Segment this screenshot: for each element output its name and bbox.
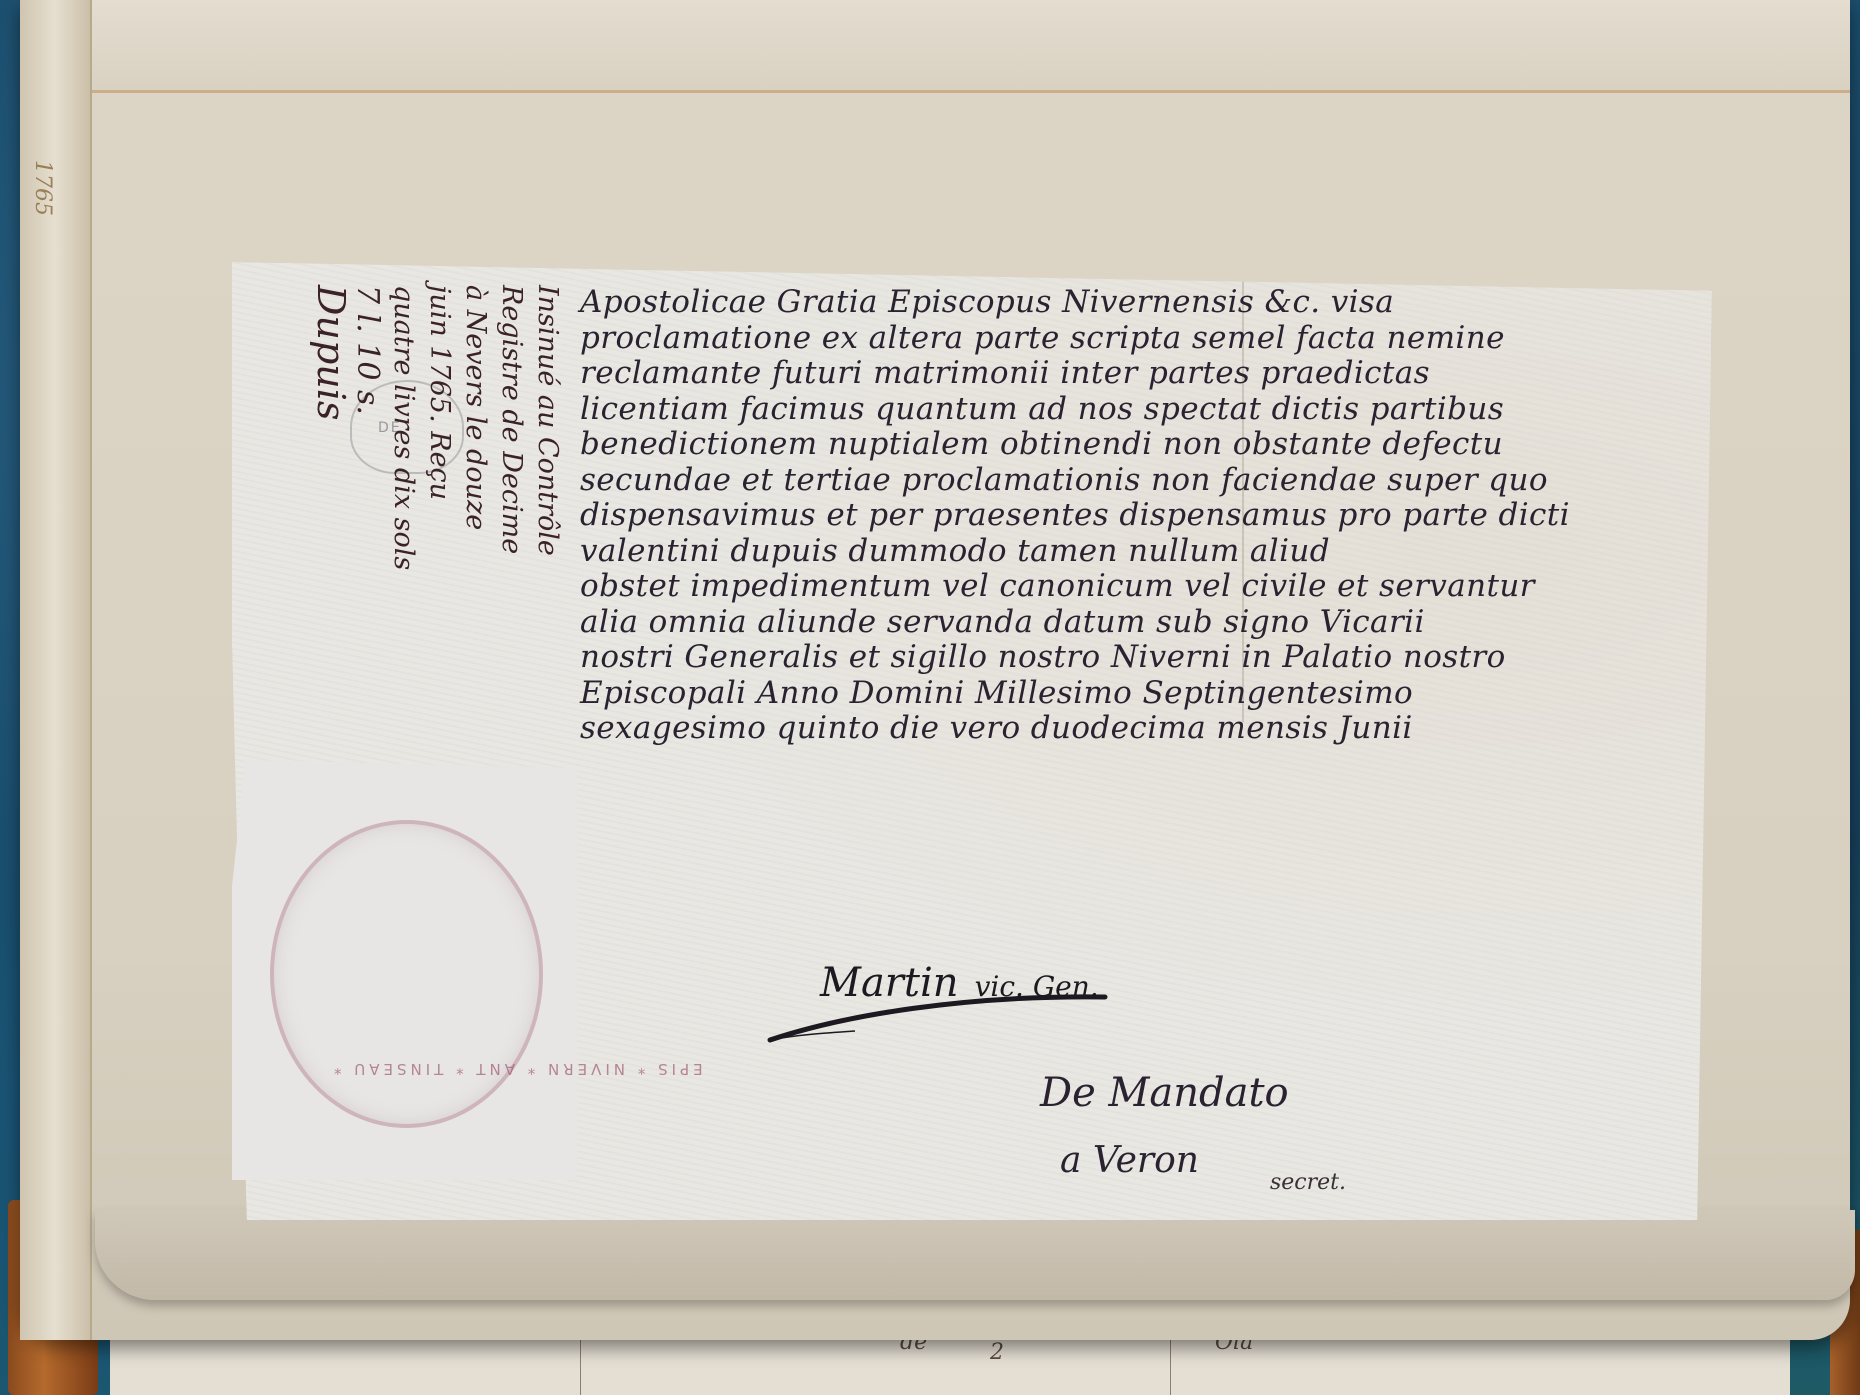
margin-line: 7 l. 10 s. [349,285,385,570]
text-line: valentini dupuis dummodo tamen nullum al… [580,534,1720,570]
text-line: nostri Generalis et sigillo nostro Niver… [580,640,1720,676]
text-line: licentiam facimus quantum ad nos spectat… [580,392,1720,428]
margin-annotation: Insinué au Contrôle Registre de Decime à… [313,285,565,570]
margin-signature: Dupuis [313,285,349,570]
text-line: reclamante futuri matrimonii inter parte… [580,356,1720,392]
margin-line: Registre de Decime [493,285,529,570]
margin-line: quatre livres dix sols [385,285,421,570]
margin-line: à Nevers le douze [457,285,493,570]
mandate-line: De Mandato [1040,1070,1289,1116]
embossed-seal-icon [270,820,543,1128]
top-folded-page [90,0,1850,93]
margin-line: Insinué au Contrôle [529,285,565,570]
margin-line: juin 1765. Reçu [421,285,457,570]
secretary-signature: a Veron [1060,1140,1199,1181]
text-line: dispensavimus et per praesentes dispensa… [580,498,1720,534]
text-line: secundae et tertiae proclamationis non f… [580,463,1720,499]
text-line: sexagesimo quinto die vero duodecima men… [580,711,1720,747]
folded-page-lip [95,1210,1855,1300]
text-line: obstet impedimentum vel canonicum vel ci… [580,569,1720,605]
text-line: benedictionem nuptialem obtinendi non ob… [580,427,1720,463]
text-line: alia omnia aliunde servanda datum sub si… [580,605,1720,641]
dispensation-text: Apostolicae Gratia Episcopus Nivernensis… [580,285,1720,747]
signature-flourish-icon [765,985,1125,1045]
text-line: Episcopali Anno Domini Millesimo Septing… [580,676,1720,712]
text-line: proclamatione ex altera parte scripta se… [580,321,1720,357]
underlying-fragment: 2 [990,1340,1004,1365]
page-edge-inscription: 1765 [30,160,55,216]
text-line: Apostolicae Gratia Episcopus Nivernensis… [580,285,1720,321]
secretary-title: secret. [1270,1170,1346,1195]
seal-legend: EPIS * NIVERN * ANT * TINSEAU * [330,1060,703,1078]
